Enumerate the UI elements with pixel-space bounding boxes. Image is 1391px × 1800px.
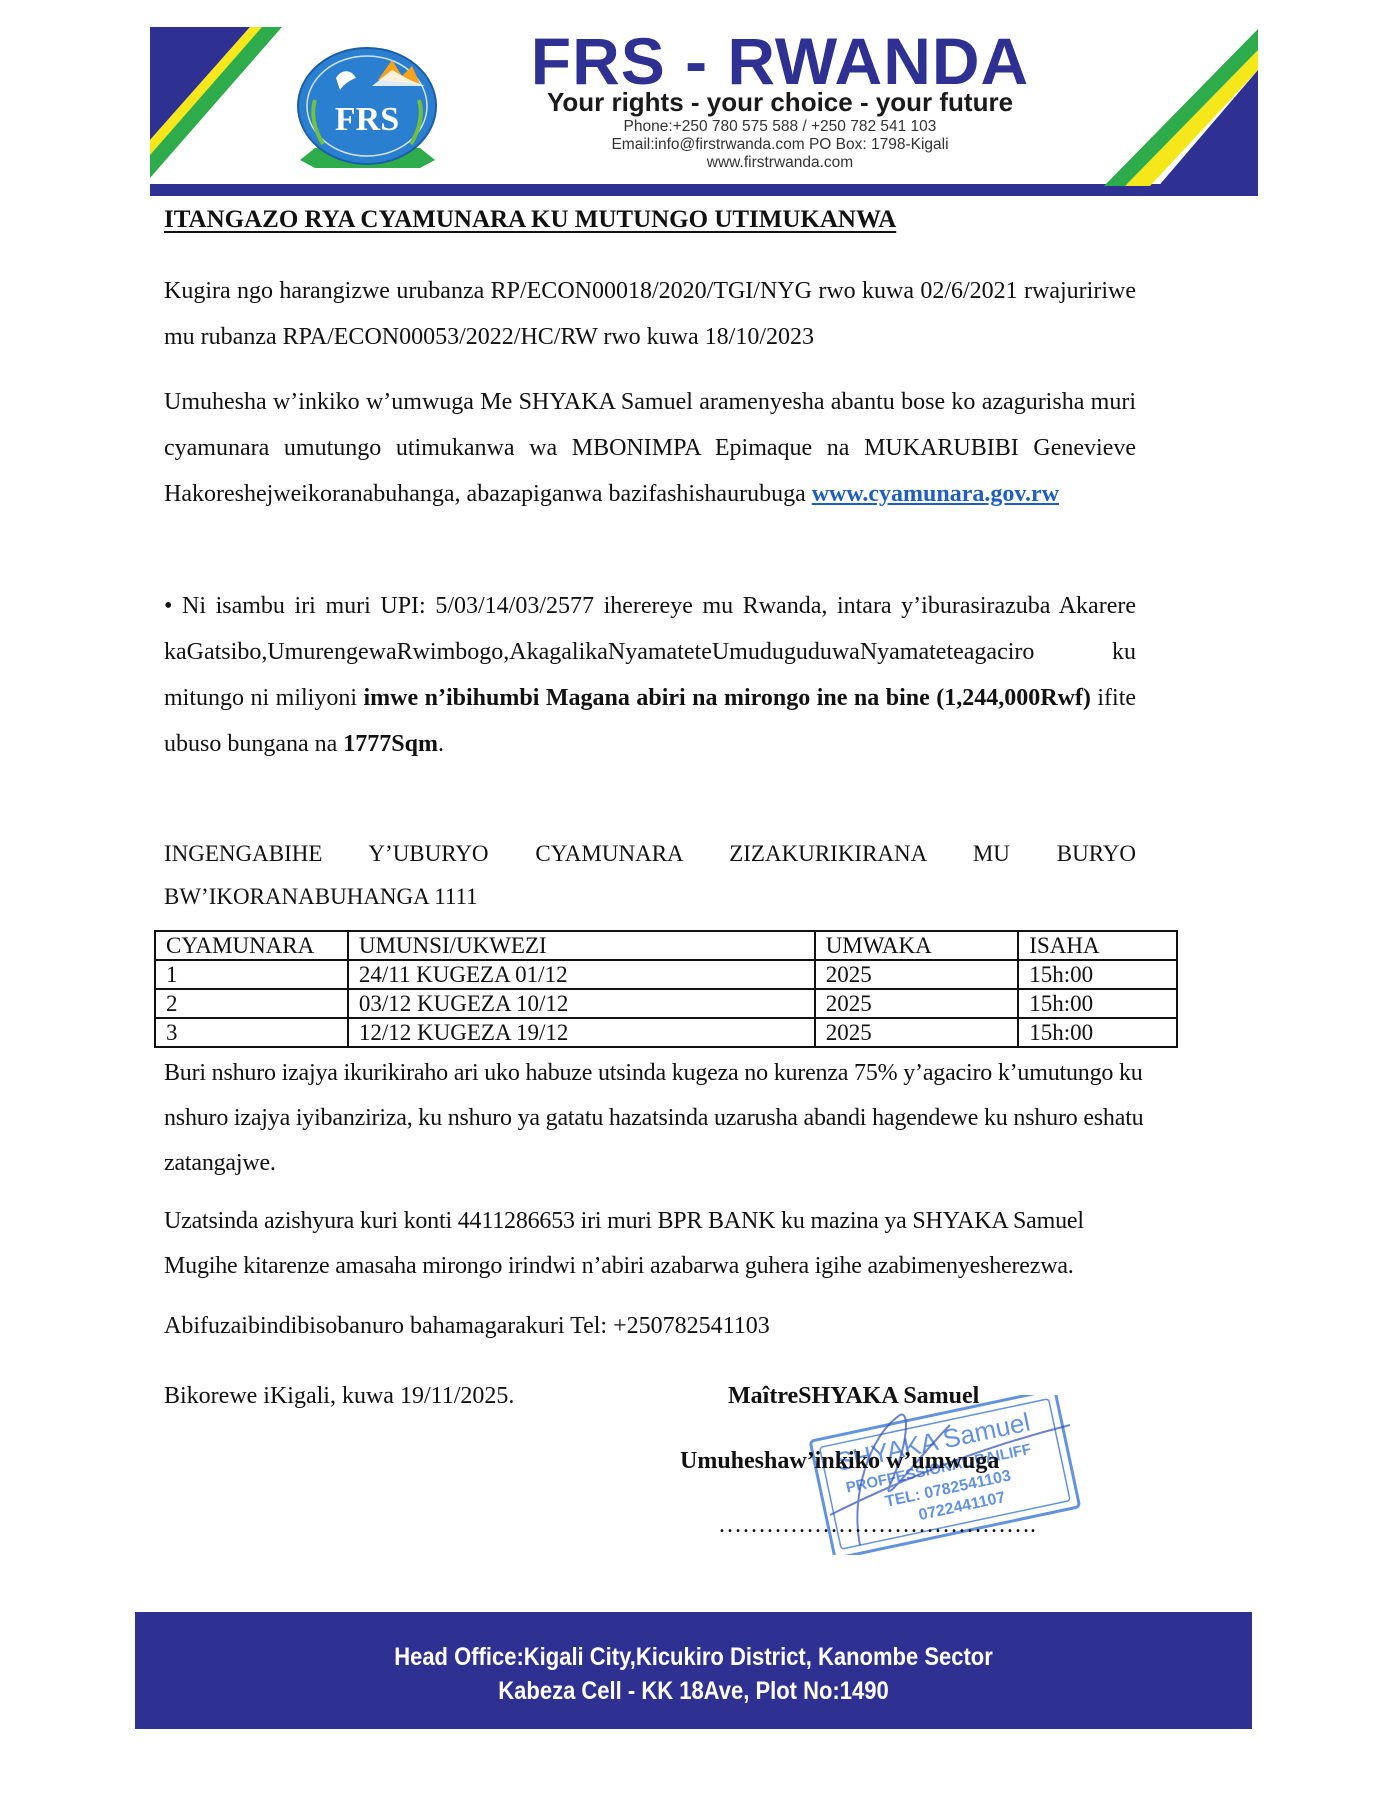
cell-auction-number: 1: [155, 960, 348, 989]
brand-email-pobox: Email:info@firstrwanda.com PO Box: 1798-…: [500, 136, 1060, 154]
signatory-name: MaîtreSHYAKA Samuel: [728, 1383, 979, 1410]
cell-date-range: 12/12 KUGEZA 19/12: [348, 1018, 815, 1047]
letterhead-bottom-bar: [150, 184, 1258, 196]
brand-website[interactable]: www.firstrwanda.com: [500, 154, 1060, 172]
paragraph-bidding-rules: Buri nshuro izajya ikurikiraho ari uko h…: [164, 1051, 1184, 1186]
cell-auction-number: 3: [155, 1018, 348, 1047]
schedule-heading: INGENGABIHE Y’UBURYO CYAMUNARA ZIZAKURIK…: [164, 832, 1136, 918]
header-umunsi-ukwezi: UMUNSI/UKWEZI: [348, 931, 815, 960]
place-date: Bikorewe iKigali, kuwa 19/11/2025.: [164, 1383, 514, 1410]
auction-schedule-table: CYAMUNARA UMUNSI/UKWEZI UMWAKA ISAHA 1 2…: [154, 930, 1178, 1048]
brand-name: FRS - RWANDA: [530, 28, 1030, 94]
cell-year: 2025: [815, 960, 1019, 989]
brand-phone: Phone:+250 780 575 588 / +250 782 541 10…: [500, 118, 1060, 136]
header-cyamunara: CYAMUNARA: [155, 931, 348, 960]
logo-text: FRS: [335, 101, 399, 138]
footer-address-line-2: Kabeza Cell - KK 18Ave, Plot No:1490: [202, 1676, 1185, 1706]
cell-time: 15h:00: [1018, 1018, 1177, 1047]
footer-address-bar: Head Office:Kigali City,Kicukiro Distric…: [135, 1612, 1252, 1729]
footer-address-line-1: Head Office:Kigali City,Kicukiro Distric…: [202, 1642, 1185, 1672]
paragraph-judgment-reference: Kugira ngo harangizwe urubanza RP/ECON00…: [164, 268, 1136, 360]
brand-tagline: Your rights - your choice - your future: [500, 88, 1060, 116]
paragraph-auction-notice: Umuhesha w’inkiko w’umwuga Me SHYAKA Sam…: [164, 379, 1136, 517]
signatory-role: Umuheshaw’inkiko w’umwuga: [680, 1448, 999, 1475]
property-area: 1777Sqm: [343, 731, 438, 757]
cell-date-range: 24/11 KUGEZA 01/12: [348, 960, 815, 989]
payment-line-2: Mugihe kitarenze amasaha mirongo irindwi…: [164, 1253, 1074, 1280]
header-umwaka: UMWAKA: [815, 931, 1019, 960]
contact-line: Abifuzaibindibisobanuro bahamagarakuri T…: [164, 1313, 770, 1340]
table-header-row: CYAMUNARA UMUNSI/UKWEZI UMWAKA ISAHA: [155, 931, 1177, 960]
letterhead: FRS FRS - RWANDA Your rights - your choi…: [0, 0, 1391, 200]
cyamunara-website-link[interactable]: www.cyamunara.gov.rw: [812, 481, 1059, 507]
header-isaha: ISAHA: [1018, 931, 1177, 960]
frs-logo: FRS: [298, 48, 436, 168]
cell-auction-number: 2: [155, 989, 348, 1018]
cell-year: 2025: [815, 1018, 1019, 1047]
signature-line: ………………………………….: [718, 1512, 1036, 1539]
cell-date-range: 03/12 KUGEZA 10/12: [348, 989, 815, 1018]
cell-time: 15h:00: [1018, 989, 1177, 1018]
cell-year: 2025: [815, 989, 1019, 1018]
property-value: imwe n’ibihumbi Magana abiri na mirongo …: [364, 685, 1091, 711]
property-end: .: [438, 731, 444, 757]
table-row: 2 03/12 KUGEZA 10/12 2025 15h:00: [155, 989, 1177, 1018]
page-title: ITANGAZO RYA CYAMUNARA KU MUTUNGO UTIMUK…: [164, 206, 896, 234]
payment-line-1: Uzatsinda azishyura kuri konti 441128665…: [164, 1208, 1084, 1235]
cell-time: 15h:00: [1018, 960, 1177, 989]
paragraph-property-details: • Ni isambu iri muri UPI: 5/03/14/03/257…: [164, 583, 1136, 767]
table-row: 1 24/11 KUGEZA 01/12 2025 15h:00: [155, 960, 1177, 989]
brand-contact: Phone:+250 780 575 588 / +250 782 541 10…: [500, 118, 1060, 172]
table-row: 3 12/12 KUGEZA 19/12 2025 15h:00: [155, 1018, 1177, 1047]
